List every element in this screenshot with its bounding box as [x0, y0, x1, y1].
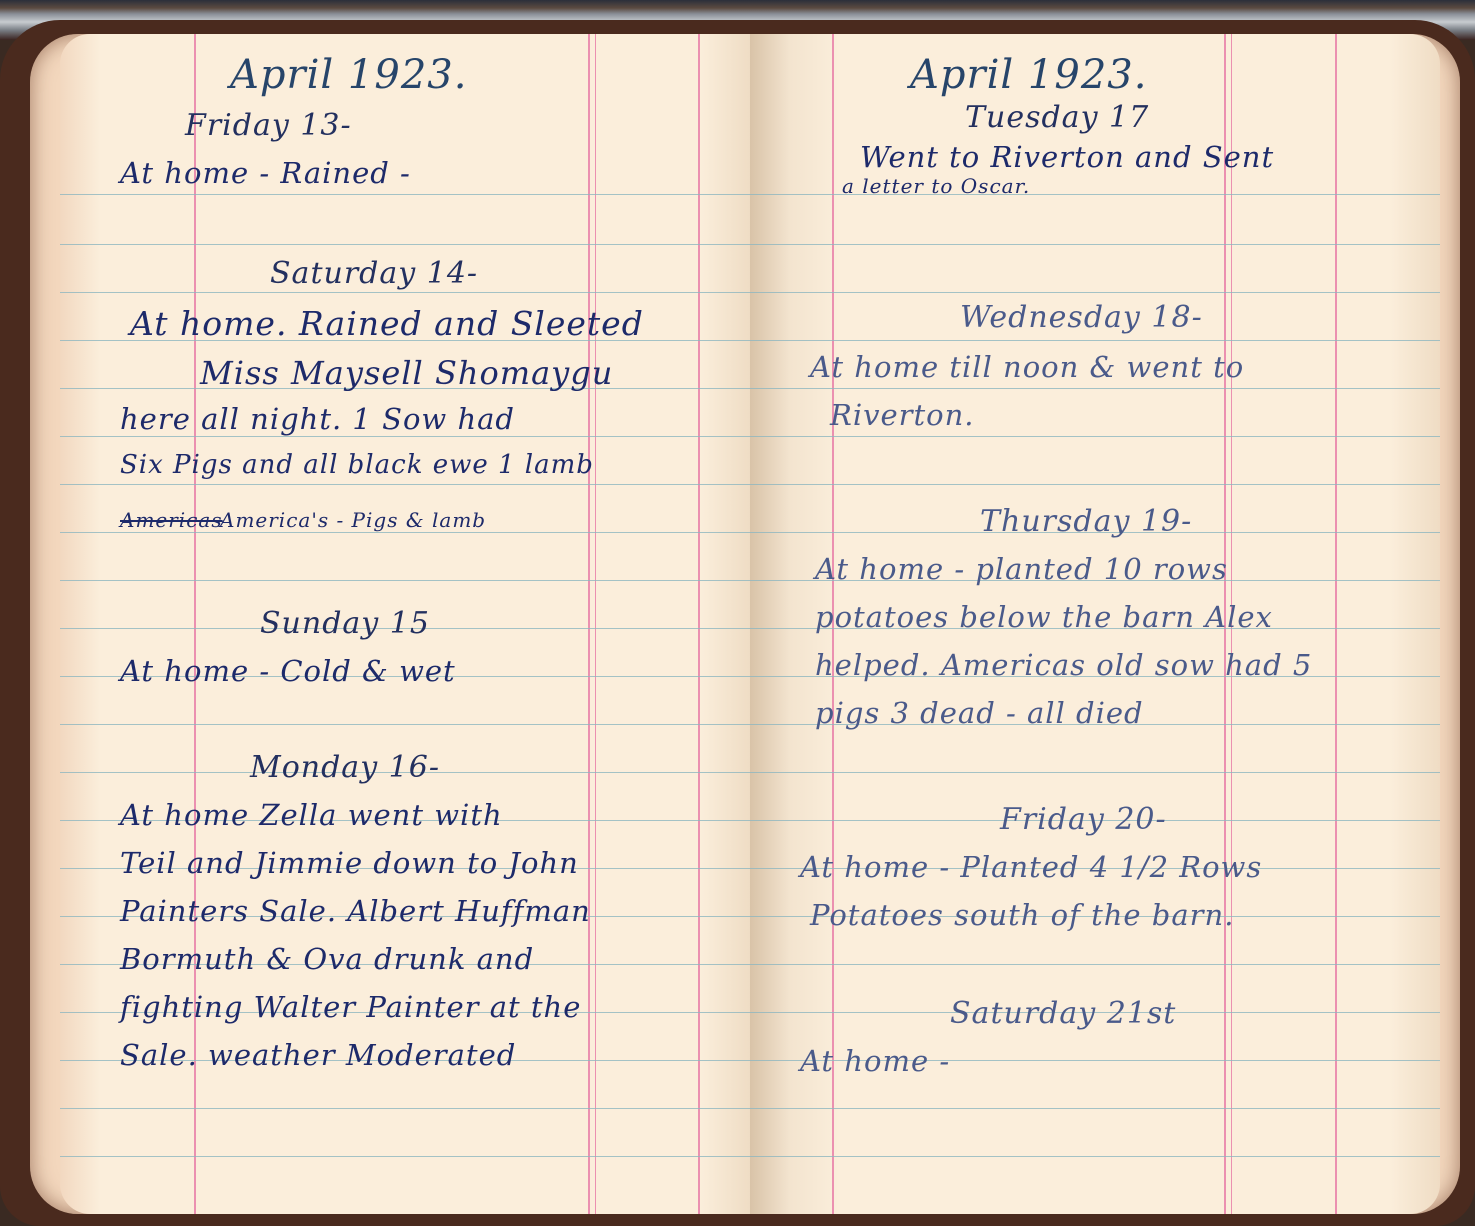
page-header: April 1923. [230, 52, 467, 98]
entry-line: At home till noon & went to [810, 350, 1244, 384]
entry-line: At home - Rained - [120, 156, 411, 190]
entry-line: At home - [800, 1044, 950, 1078]
left-page: April 1923. Friday 13- At home - Rained … [60, 34, 772, 1214]
entry-line: Sale. weather Moderated [120, 1038, 516, 1072]
entry-day: Monday 16- [250, 750, 440, 785]
entry-line: a letter to Oscar. [842, 174, 1030, 198]
entry-line: At home - Cold & wet [120, 654, 456, 688]
entry-line: Six Pigs and all black ewe 1 lamb [120, 450, 594, 480]
entry-line: Riverton. [830, 398, 975, 432]
entry-day: Wednesday 18- [960, 300, 1203, 335]
entry-line: helped. Americas old sow had 5 [815, 648, 1312, 682]
entry-line: At home. Rained and Sleeted [130, 304, 644, 343]
entry-day: Saturday 21st [950, 996, 1176, 1031]
right-page: April 1923. Tuesday 17 Went to Riverton … [750, 34, 1440, 1214]
entry-line: Potatoes south of the barn. [810, 898, 1234, 932]
entry-day: Friday 20- [1000, 802, 1167, 837]
entry-line: here all night. 1 Sow had [120, 402, 515, 436]
margin-line [194, 34, 196, 1214]
entry-line: fighting Walter Painter at the [120, 990, 581, 1024]
entry-day: Sunday 15 [260, 606, 430, 641]
entry-line: Went to Riverton and Sent [860, 140, 1274, 174]
entry-day: Friday 13- [185, 108, 352, 143]
entry-line: Teil and Jimmie down to John [120, 846, 579, 880]
entry-day: Tuesday 17 [965, 100, 1149, 135]
entry-day: Thursday 19- [980, 504, 1192, 539]
column-line [595, 34, 596, 1214]
entry-day: Saturday 14- [270, 256, 478, 291]
column-line [698, 34, 700, 1214]
struck-word: Americas [120, 508, 223, 532]
page-header: April 1923. [910, 52, 1147, 98]
entry-line: At home Zella went with [120, 798, 503, 832]
entry-line: pigs 3 dead - all died [815, 696, 1144, 730]
entry-line: Painters Sale. Albert Huffman [120, 894, 591, 928]
column-line [1335, 34, 1337, 1214]
entry-line: Americas [120, 508, 223, 532]
open-diary: April 1923. Friday 13- At home - Rained … [30, 34, 1460, 1214]
entry-line: At home - planted 10 rows [815, 552, 1228, 586]
entry-line: potatoes below the barn Alex [815, 600, 1273, 634]
entry-line: America's - Pigs & lamb [220, 508, 486, 532]
entry-line: Miss Maysell Shomaygu [200, 354, 613, 392]
entry-line: Bormuth & Ova drunk and [120, 942, 534, 976]
column-line [588, 34, 590, 1214]
entry-line: At home - Planted 4 1/2 Rows [800, 850, 1262, 884]
